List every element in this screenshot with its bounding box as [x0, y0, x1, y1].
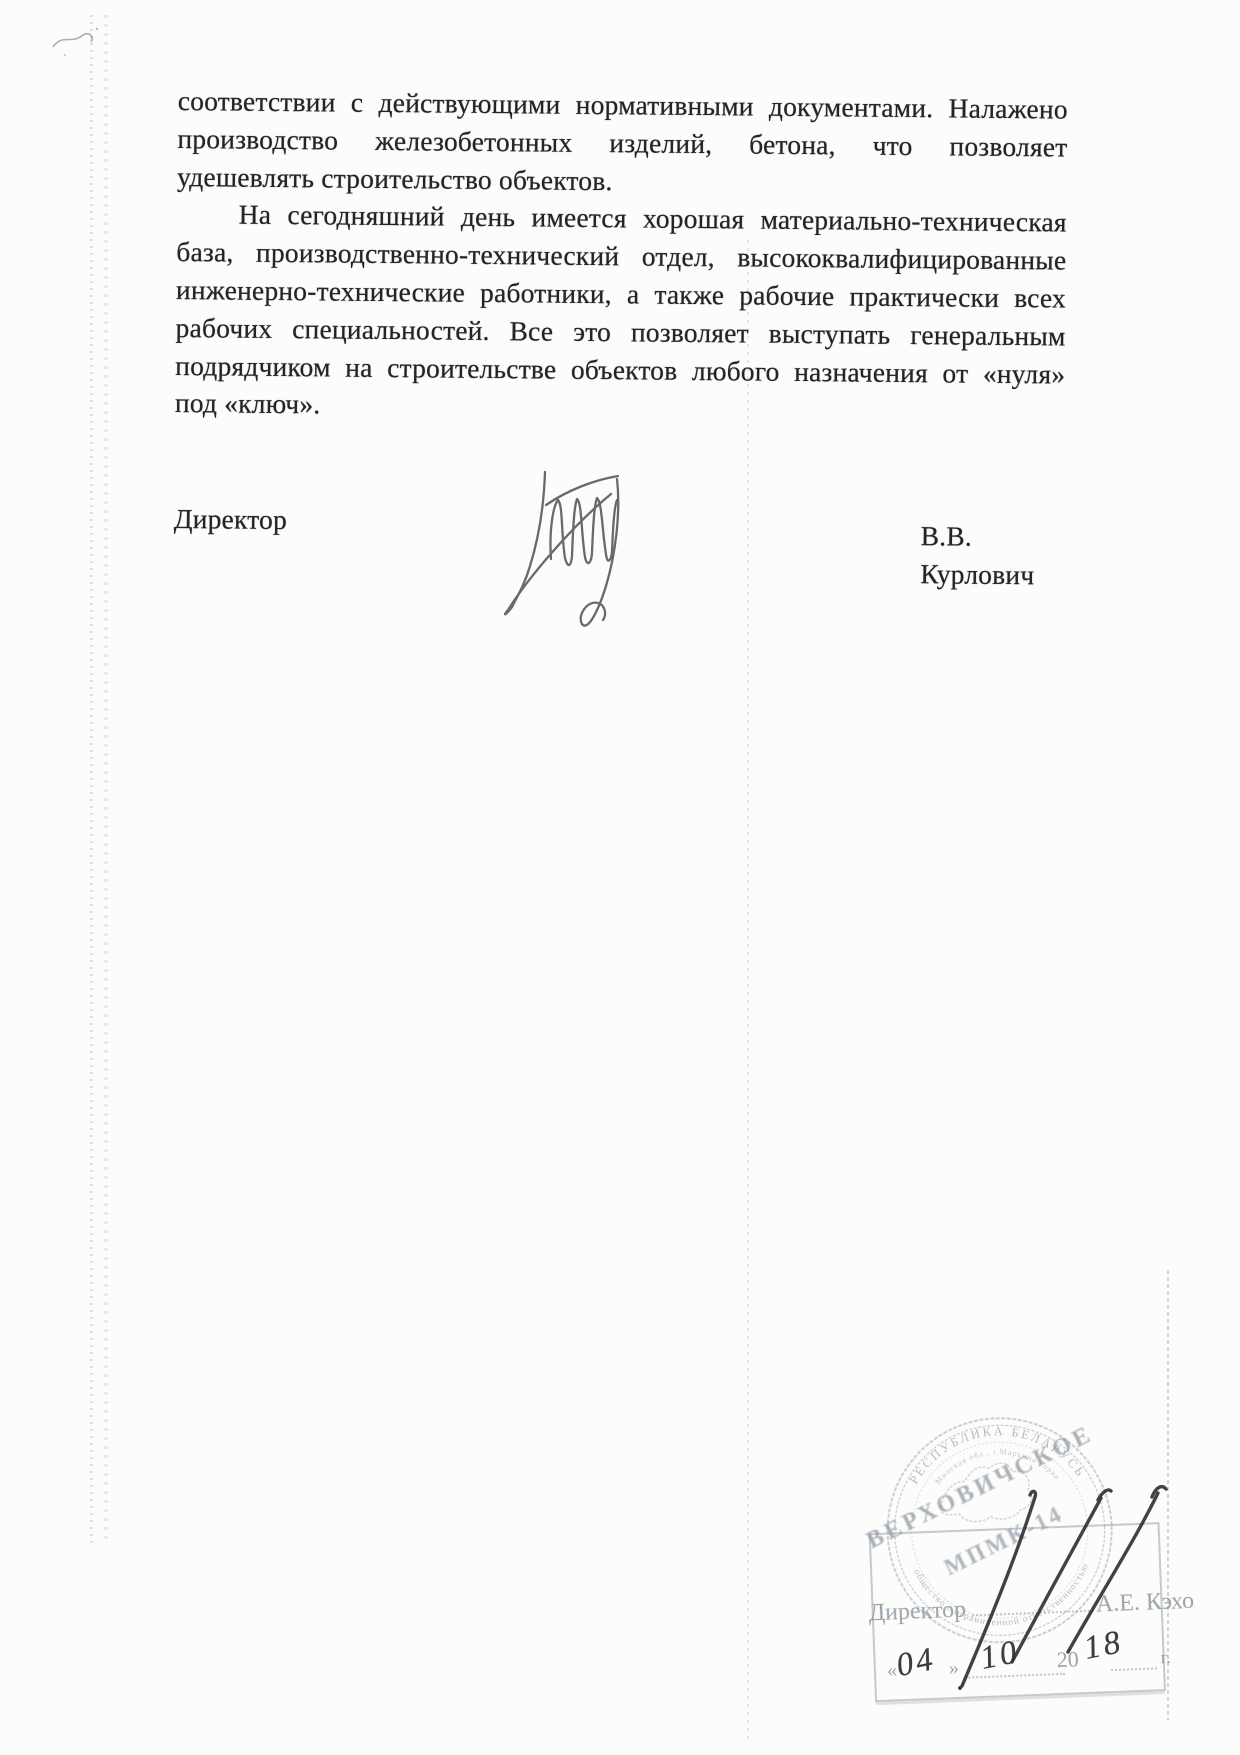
signer-role: Директор	[174, 500, 288, 539]
signer-name: В.В. Курлович	[920, 517, 1064, 594]
scan-noise-band	[104, 15, 108, 1545]
scan-scratch-mark	[45, 15, 135, 75]
handwritten-signature	[440, 406, 650, 646]
scanned-document-page: соответствии с действующими нормативными…	[0, 0, 1240, 1755]
scan-noise-band	[90, 15, 93, 1545]
pen-signature-strokes	[930, 1470, 1190, 1710]
